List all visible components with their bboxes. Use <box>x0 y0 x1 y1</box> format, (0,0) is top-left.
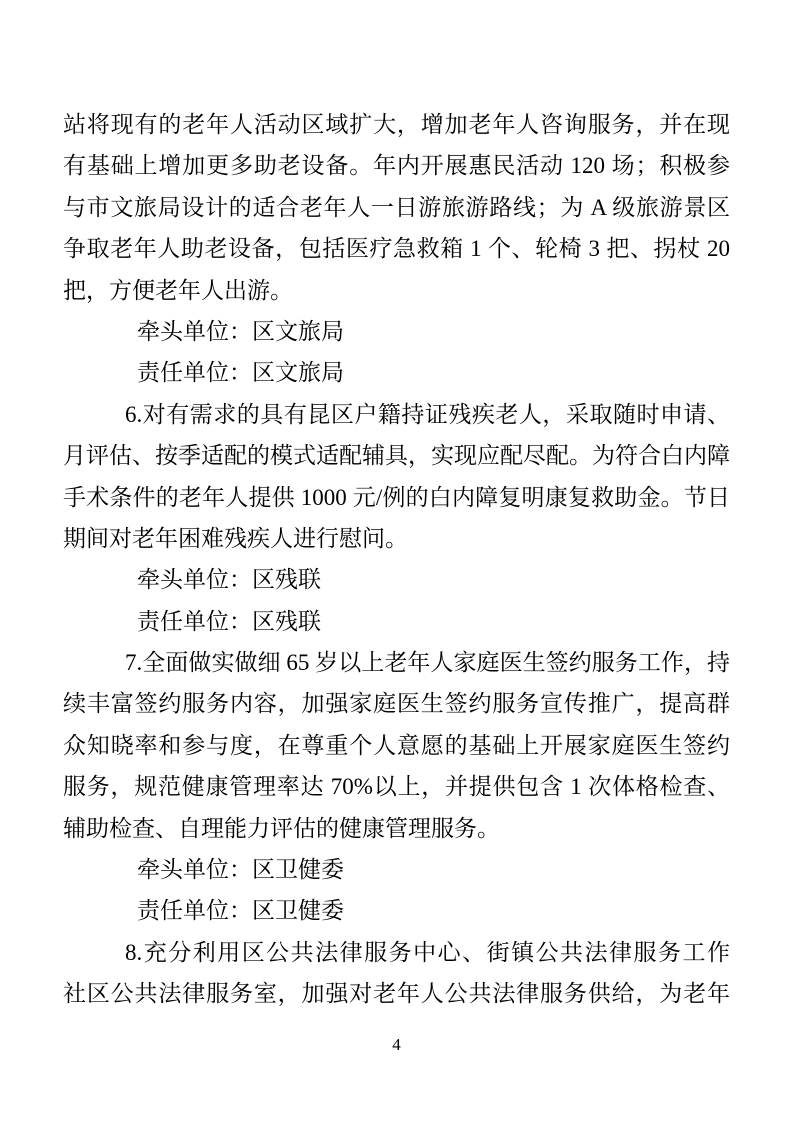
document-line: 有基础上增加更多助老设备。年内开展惠民活动 120 场；积极参 <box>63 145 730 186</box>
lead-unit-label: 牵头单位：区文旅局 <box>63 311 730 352</box>
document-page: 站将现有的老年人活动区域扩大，增加老年人咨询服务，并在现 有基础上增加更多助老设… <box>0 0 793 1122</box>
lead-unit-label: 牵头单位：区残联 <box>63 559 730 600</box>
document-body: 站将现有的老年人活动区域扩大，增加老年人咨询服务，并在现 有基础上增加更多助老设… <box>63 104 730 1015</box>
document-line: 月评估、按季适配的模式适配辅具，实现应配尽配。为符合白内障 <box>63 435 730 476</box>
responsible-unit-label: 责任单位：区卫健委 <box>63 890 730 931</box>
document-line: 争取老年人助老设备，包括医疗急救箱 1 个、轮椅 3 把、拐杖 20 <box>63 228 730 269</box>
document-line: 站将现有的老年人活动区域扩大，增加老年人咨询服务，并在现 <box>63 104 730 145</box>
document-line: 7.全面做实做细 65 岁以上老年人家庭医生签约服务工作，持 <box>63 642 730 683</box>
document-line: 手术条件的老年人提供 1000 元/例的白内障复明康复救助金。节日 <box>63 477 730 518</box>
lead-unit-label: 牵头单位：区卫健委 <box>63 849 730 890</box>
document-line: 8.充分利用区公共法律服务中心、街镇公共法律服务工作站、 <box>63 932 730 973</box>
document-line: 与市文旅局设计的适合老年人一日游旅游路线；为 A 级旅游景区 <box>63 187 730 228</box>
document-line: 社区公共法律服务室，加强对老年人公共法律服务供给，为老年 <box>63 973 730 1014</box>
document-line: 6.对有需求的具有昆区户籍持证残疾老人，采取随时申请、按 <box>63 394 730 435</box>
document-line: 辅助检查、自理能力评估的健康管理服务。 <box>63 808 730 849</box>
document-line: 期间对老年困难残疾人进行慰问。 <box>63 518 730 559</box>
document-line: 众知晓率和参与度，在尊重个人意愿的基础上开展家庭医生签约 <box>63 725 730 766</box>
document-line: 把，方便老年人出游。 <box>63 270 730 311</box>
responsible-unit-label: 责任单位：区残联 <box>63 601 730 642</box>
document-line: 续丰富签约服务内容，加强家庭医生签约服务宣传推广，提高群 <box>63 683 730 724</box>
responsible-unit-label: 责任单位：区文旅局 <box>63 352 730 393</box>
document-line: 服务，规范健康管理率达 70%以上，并提供包含 1 次体格检查、 <box>63 766 730 807</box>
page-number: 4 <box>0 1034 793 1056</box>
